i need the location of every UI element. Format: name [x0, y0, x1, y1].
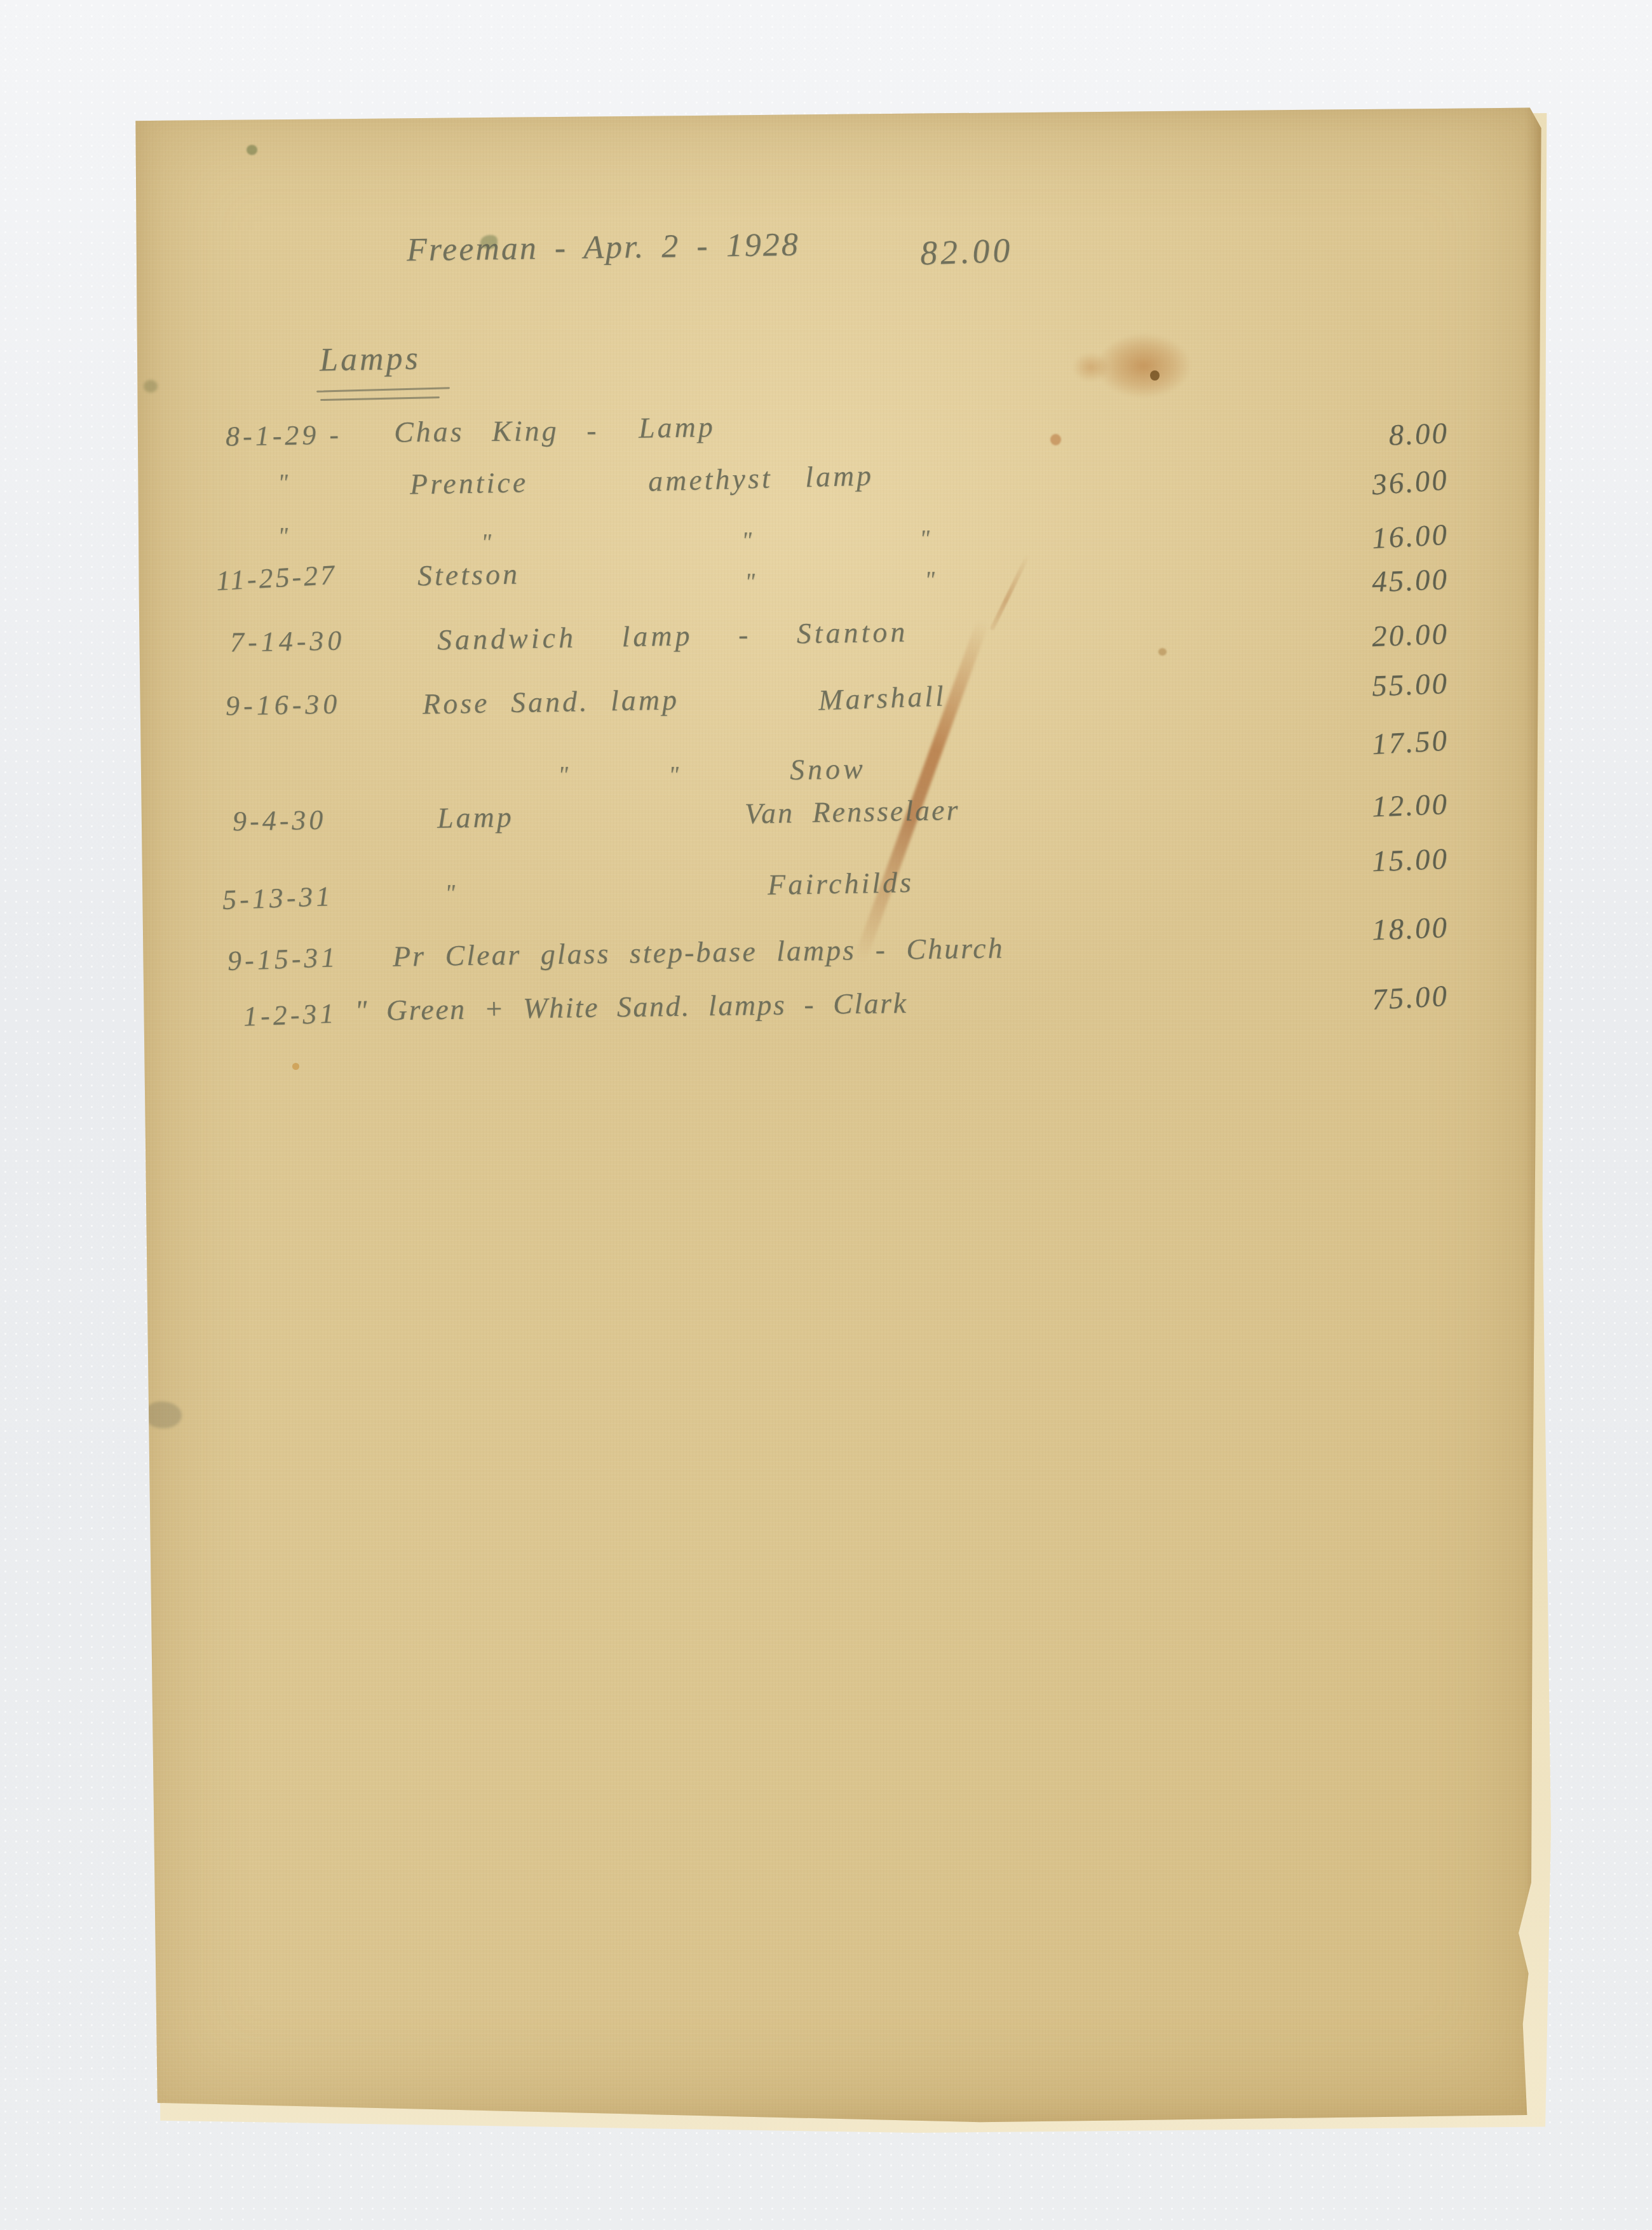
- page-title: Freeman - Apr. 2 - 1928: [407, 226, 800, 269]
- page-vignette: [133, 102, 1544, 2125]
- entry-date: 7-14-30: [230, 624, 346, 658]
- entry-buyer: Marshall: [818, 679, 946, 717]
- entry-description: Sandwich lamp - Stanton: [437, 615, 909, 657]
- ledger-page: Freeman - Apr. 2 - 1928 82.00 Lamps 8-1-…: [133, 102, 1544, 2125]
- entry-date: 5-13-31: [222, 880, 334, 916]
- entry-date: 8-1-29 -: [226, 418, 342, 452]
- photograph-of-ledger-page: Freeman - Apr. 2 - 1928 82.00 Lamps 8-1-…: [0, 0, 1652, 2230]
- ditto-mark: ": [481, 529, 491, 557]
- green-fleck: [247, 145, 257, 155]
- brown-dot: [1158, 648, 1167, 656]
- entry-date: 9-4-30: [233, 804, 327, 838]
- ditto-mark: ": [919, 525, 930, 553]
- rust-streak-faint-tail: [989, 553, 1030, 631]
- entry-buyer: Van Rensselaer: [745, 793, 960, 830]
- entry-date: 9-15-31: [227, 941, 339, 977]
- entry-description: " Green + White Sand. lamps - Clark: [355, 986, 908, 1027]
- entry-price: 45.00: [1270, 562, 1449, 603]
- entry-price: 75.00: [1270, 979, 1449, 1023]
- heading-underline: [316, 387, 450, 392]
- entry-price: 16.00: [1270, 518, 1449, 562]
- entry-date: 9-16-30: [226, 687, 341, 722]
- rust-stain-satellite: [1073, 353, 1109, 382]
- header-amount: 82.00: [919, 230, 1014, 273]
- rust-stain: [1096, 334, 1191, 398]
- entry-price: 8.00: [1270, 416, 1449, 457]
- entry-price: 55.00: [1270, 666, 1449, 707]
- ditto-mark: ": [278, 469, 288, 497]
- entry-price: 36.00: [1269, 463, 1449, 509]
- ditto-mark: ": [558, 761, 568, 789]
- ditto-mark: ": [741, 527, 752, 555]
- entry-description: Pr Clear glass step-base lamps - Church: [393, 931, 1005, 973]
- paper-texture: [133, 102, 1544, 2125]
- entry-description: Stetson: [417, 557, 520, 593]
- entry-price: 15.00: [1270, 842, 1449, 882]
- section-heading-label: Lamps: [319, 340, 421, 379]
- entry-price: 12.00: [1270, 787, 1449, 828]
- rust-stain-core: [1150, 370, 1160, 381]
- entry-date: 1-2-31: [243, 997, 337, 1032]
- heading-underline: [320, 396, 440, 401]
- entry-item: amethyst lamp: [647, 458, 874, 497]
- ditto-mark: ": [445, 879, 455, 907]
- entry-date: 11-25-27: [215, 558, 337, 597]
- entry-description: Rose Sand. lamp: [423, 682, 680, 720]
- entry-buyer: Snow: [790, 752, 867, 787]
- rust-dot: [1050, 434, 1061, 445]
- rust-streak: [853, 619, 989, 963]
- green-smudge: [144, 380, 158, 393]
- ditto-mark: ": [668, 761, 679, 789]
- entry-description: Prentice: [410, 465, 529, 501]
- entry-description: Chas King -: [394, 414, 599, 449]
- entry-item: Lamp: [639, 410, 716, 445]
- entry-buyer: Fairchilds: [768, 865, 914, 902]
- entry-price: 20.00: [1270, 617, 1449, 658]
- ditto-mark: ": [924, 566, 935, 594]
- ditto-mark: ": [745, 568, 755, 596]
- entry-price: 18.00: [1270, 910, 1449, 951]
- pencil-smudge: [145, 1402, 182, 1428]
- entry-description: Lamp: [437, 800, 515, 835]
- ditto-mark: ": [278, 522, 288, 550]
- entry-price: 17.50: [1270, 724, 1449, 767]
- orange-dot: [292, 1063, 299, 1070]
